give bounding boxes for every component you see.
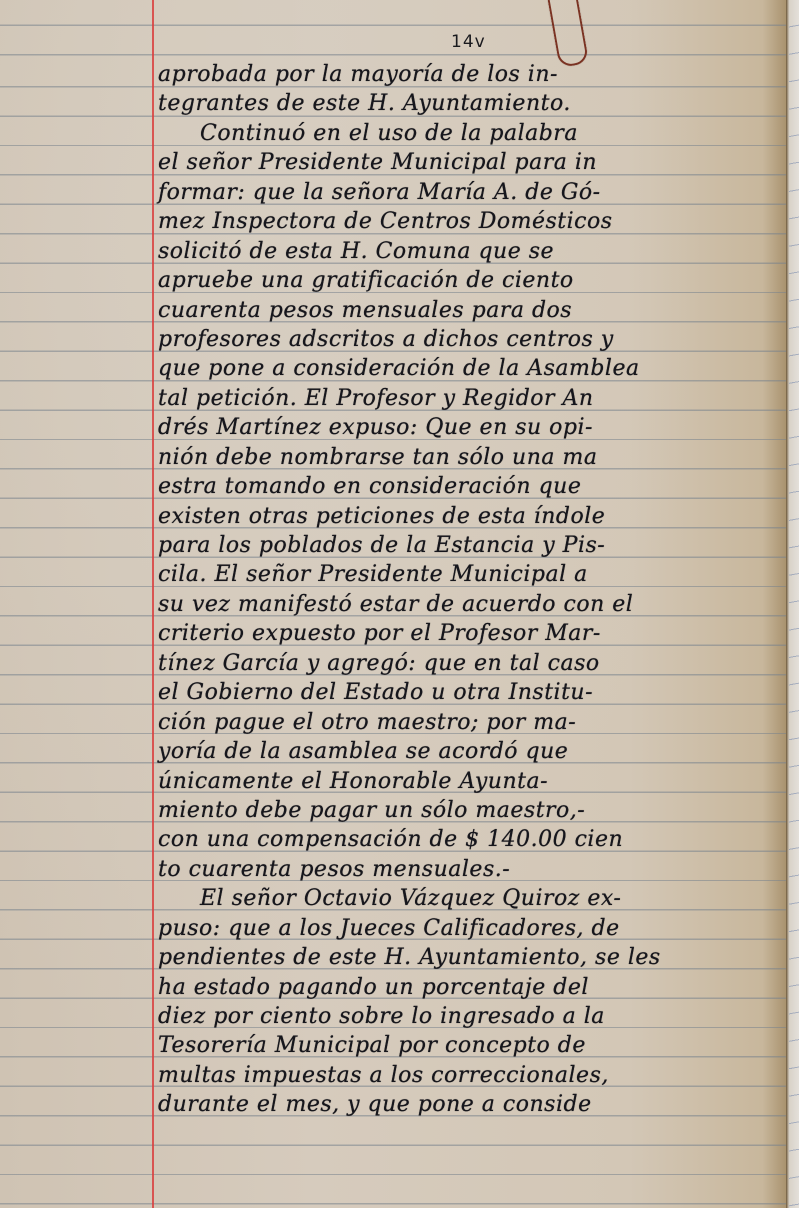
text-line: únicamente el Honorable Ayunta- bbox=[158, 767, 783, 796]
text-line: cila. El señor Presidente Municipal a bbox=[158, 560, 783, 589]
text-line: ha estado pagando un porcentaje del bbox=[158, 973, 783, 1002]
text-line: drés Martínez expuso: Que en su opi- bbox=[158, 413, 783, 442]
text-line: puso: que a los Jueces Calificadores, de bbox=[158, 914, 783, 943]
red-margin-line bbox=[152, 0, 154, 1208]
text-line: existen otras peticiones de esta índole bbox=[158, 502, 783, 531]
text-line: solicitó de esta H. Comuna que se bbox=[158, 237, 783, 266]
text-line: el Gobierno del Estado u otra Institu- bbox=[158, 678, 783, 707]
handwritten-text-block: aprobada por la mayoría de los in- tegra… bbox=[158, 60, 783, 1120]
text-line: Continuó en el uso de la palabra bbox=[158, 119, 783, 148]
text-line: pendientes de este H. Ayuntamiento, se l… bbox=[158, 943, 783, 972]
text-line: apruebe una gratificación de ciento bbox=[158, 266, 783, 295]
text-line: El señor Octavio Vázquez Quiroz ex- bbox=[158, 884, 783, 913]
text-line: su vez manifestó estar de acuerdo con el bbox=[158, 590, 783, 619]
text-line: Tesorería Municipal por concepto de bbox=[158, 1031, 783, 1060]
text-line: multas impuestas a los correccionales, bbox=[158, 1061, 783, 1090]
text-line: yoría de la asamblea se acordó que bbox=[158, 737, 783, 766]
text-line: tal petición. El Profesor y Regidor An bbox=[158, 384, 783, 413]
text-line: tegrantes de este H. Ayuntamiento. bbox=[158, 89, 783, 118]
text-line: nión debe nombrarse tan sólo una ma bbox=[158, 443, 783, 472]
text-line: para los poblados de la Estancia y Pis- bbox=[158, 531, 783, 560]
text-line: que pone a consideración de la Asamblea bbox=[158, 354, 783, 383]
text-line: miento debe pagar un sólo maestro,- bbox=[158, 796, 783, 825]
text-line: to cuarenta pesos mensuales.- bbox=[158, 855, 783, 884]
text-line: criterio expuesto por el Profesor Mar- bbox=[158, 619, 783, 648]
text-line: durante el mes, y que pone a conside bbox=[158, 1090, 783, 1119]
next-page-ruled-edge bbox=[789, 0, 799, 1208]
text-line: formar: que la señora María A. de Gó- bbox=[158, 178, 783, 207]
text-line: tínez García y agregó: que en tal caso bbox=[158, 649, 783, 678]
text-line: diez por ciento sobre lo ingresado a la bbox=[158, 1002, 783, 1031]
text-line: con una compensación de $ 140.00 cien bbox=[158, 825, 783, 854]
text-line: cuarenta pesos mensuales para dos bbox=[158, 296, 783, 325]
folio-number: 14v bbox=[451, 32, 486, 52]
text-line: el señor Presidente Municipal para in bbox=[158, 148, 783, 177]
text-line: mez Inspectora de Centros Domésticos bbox=[158, 207, 783, 236]
text-line: estra tomando en consideración que bbox=[158, 472, 783, 501]
text-line: ción pague el otro maestro; por ma- bbox=[158, 708, 783, 737]
text-line: profesores adscritos a dichos centros y bbox=[158, 325, 783, 354]
text-line: aprobada por la mayoría de los in- bbox=[158, 60, 783, 89]
